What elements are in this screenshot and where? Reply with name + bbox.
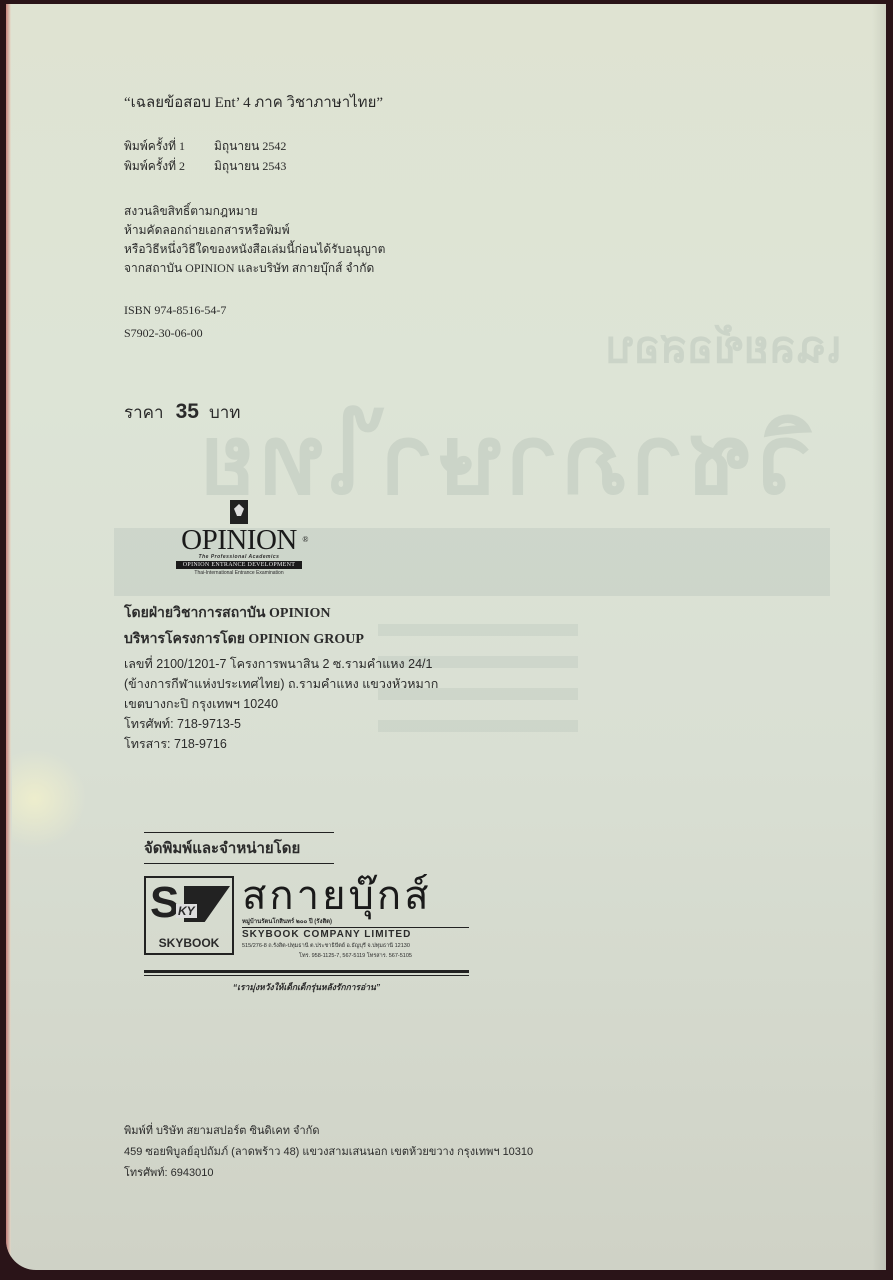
opinion-logo: OPINION® The Professional Academics OPIN… (176, 500, 302, 576)
opinion-banner: OPINION ENTRANCE DEVELOPMENT (176, 561, 302, 569)
edition-label: พิมพ์ครั้งที่ 2 (124, 157, 214, 176)
address-line: (ข้างการกีฬาแห่งประเทศไทย) ถ.รามคำแหง แข… (124, 674, 438, 694)
copyright-notice: สงวนลิขสิทธิ์ตามกฎหมาย ห้ามคัดลอกถ่ายเอก… (124, 202, 385, 278)
price-amount: 35 (176, 400, 199, 423)
knight-emblem-icon (230, 500, 248, 524)
book-title: “เฉลยข้อสอบ Ent’ 4 ภาค วิชาภาษาไทย” (124, 90, 383, 114)
price: ราคา35บาท (124, 399, 241, 426)
distributor-company: SKYBOOK COMPANY LIMITED (242, 929, 469, 940)
distributor-name-thai: สกายบุ๊กส์ (242, 876, 469, 916)
address-line: เลขที่ 2100/1201-7 โครงการพนาสิน 2 ซ.ราม… (124, 654, 438, 674)
fax: โทรสาร: 718-9716 (124, 734, 438, 754)
copyright-line: ห้ามคัดลอกถ่ายเอกสารหรือพิมพ์ (124, 221, 385, 240)
edition-label: พิมพ์ครั้งที่ 1 (124, 137, 214, 156)
printer-phone: โทรศัพท์: 6943010 (124, 1163, 533, 1184)
opinion-address: เลขที่ 2100/1201-7 โครงการพนาสิน 2 ซ.ราม… (124, 654, 438, 754)
distributor-address: 515/276-8 ถ.รังสิต-ปทุมธานี ต.ประชาธิปัต… (242, 942, 469, 950)
light-glare (12, 749, 87, 849)
book-page: เฉลยข้อสอบ วิชาภาษาไทย “เฉลยข้อสอบ Ent’ … (6, 4, 886, 1270)
copyright-line: จากสถาบัน OPINION และบริษัท สกายบุ๊กส์ จ… (124, 259, 385, 278)
managed-by: บริหารโครงการโดย OPINION GROUP (124, 628, 364, 650)
distributor-slogan: “เรามุ่งหวังให้เด็กเด็กรุ่นหลังรักการอ่า… (144, 980, 469, 994)
stock-code: S7902-30-06-00 (124, 326, 203, 341)
edition-1: พิมพ์ครั้งที่ 1มิถุนายน 2542 (124, 137, 286, 156)
edition-date: มิถุนายน 2542 (214, 139, 286, 153)
show-through-text: เฉลยข้อสอบ (606, 312, 841, 382)
opinion-wordmark: OPINION® (176, 526, 302, 554)
printer-name: พิมพ์ที่ บริษัท สยามสปอร์ต ซินดิเคท จำกั… (124, 1121, 533, 1142)
address-line: เขตบางกะปิ กรุงเทพฯ 10240 (124, 694, 438, 714)
opinion-subtitle: Thai-International Entrance Examination (176, 570, 302, 576)
authored-by: โดยฝ่ายวิชาการสถาบัน OPINION (124, 602, 330, 624)
page-edge (6, 4, 11, 1270)
distributor-heading: จัดพิมพ์และจำหน่ายโดย (144, 832, 334, 864)
divider (144, 970, 469, 976)
phone: โทรศัพท์: 718-9713-5 (124, 714, 438, 734)
copyright-line: หรือวิธีหนึ่งวิธีใดของหนังสือเล่มนี้ก่อน… (124, 240, 385, 259)
printer-address: 459 ซอยพิบูลย์อุปถัมภ์ (ลาดพร้าว 48) แขว… (124, 1142, 533, 1163)
distributor-block: จัดพิมพ์และจำหน่ายโดย S KY SKYBOOK สกายบ… (144, 832, 469, 994)
edition-2: พิมพ์ครั้งที่ 2มิถุนายน 2543 (124, 157, 286, 176)
price-unit: บาท (209, 403, 241, 422)
skybook-logo-label: SKYBOOK (146, 936, 232, 950)
distributor-tel: โทร. 958-1125-7, 567-5119 โทรสาร. 567-51… (242, 952, 469, 960)
skybook-logo-icon: S KY SKYBOOK (144, 876, 234, 955)
printer-info: พิมพ์ที่ บริษัท สยามสปอร์ต ซินดิเคท จำกั… (124, 1121, 533, 1184)
price-prefix: ราคา (124, 403, 164, 422)
copyright-line: สงวนลิขสิทธิ์ตามกฎหมาย (124, 202, 385, 221)
edition-date: มิถุนายน 2543 (214, 159, 286, 173)
isbn: ISBN 974-8516-54-7 (124, 303, 226, 318)
